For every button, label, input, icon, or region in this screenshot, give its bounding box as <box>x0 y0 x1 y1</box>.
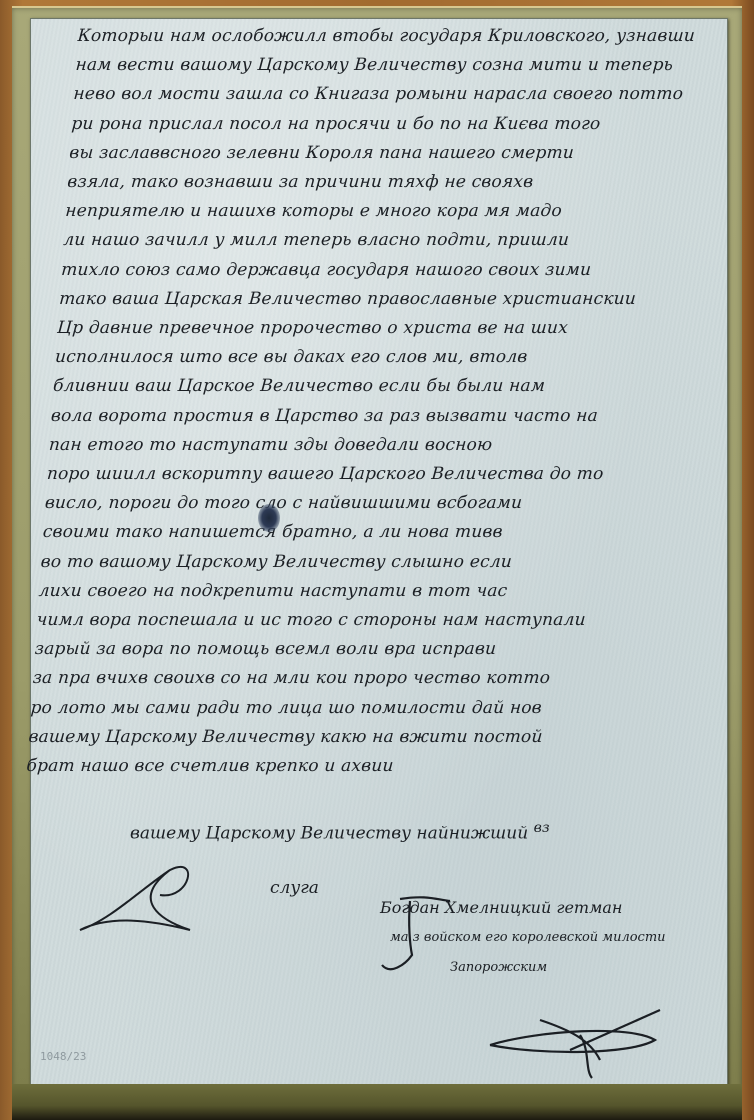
letter-line: вола ворота простия в Царство за раз выз… <box>50 402 702 431</box>
b-initial-flourish-icon <box>380 895 500 985</box>
left-flourish-icon <box>70 860 210 950</box>
letter-line: зарый за вора по помощь всемл воли вра и… <box>34 635 686 664</box>
letter-line: взяла, тако вознавши за причини тяхф не … <box>66 168 718 197</box>
letter-line: тако ваша Царская Величество православны… <box>58 285 710 314</box>
closing-text: вашему Царскому Величеству найнижший <box>130 824 528 844</box>
signature-flourish-icon <box>480 1000 670 1080</box>
letter-line: тихло союз само державца государя нашого… <box>60 256 712 285</box>
letter-line: лихи своего на подкрепити наступати в то… <box>38 577 690 606</box>
letter-line: нево вол мости зашла со Книгаза ромыни н… <box>72 80 724 109</box>
letter-line: Которыи нам ослобожилл втобы государя Кр… <box>77 22 729 51</box>
archive-number: 1048/23 <box>40 1050 86 1063</box>
letter-line: вы заславвсного зелевни Короля пана наше… <box>68 139 720 168</box>
letter-line: чимл вора поспешала и ис того с стороны … <box>36 606 688 635</box>
letter-line: брат нашо все счетлив крепко и ахвии <box>25 752 677 781</box>
servant-word: слуга <box>270 878 319 898</box>
letter-line: поро шиилл вскоритпу вашего Царского Вел… <box>46 460 698 489</box>
closing-superscript: вз <box>534 820 550 836</box>
letter-line: нам вести вашому Царскому Величеству соз… <box>74 51 726 80</box>
letter-line: висло, пороги до того сло с найвишшими в… <box>44 489 696 518</box>
letter-line: во то вашому Царскому Величеству слышно … <box>40 548 692 577</box>
letter-line: своими тако напишется братно, а ли нова … <box>42 518 694 547</box>
letter-line: вашему Царскому Величеству какю на вжити… <box>27 723 679 752</box>
letter-line: неприятелю и нашихв которы е много кора … <box>64 197 716 226</box>
letter-line: ри рона прислал посол на просячи и бо по… <box>70 110 722 139</box>
letter-body: Которыи нам ослобожилл втобы государя Кр… <box>25 22 728 781</box>
letter-line: Цр давние превечное пророчество о христа… <box>56 314 708 343</box>
letter-line: ли нашо зачилл у милл теперь власно подт… <box>62 226 714 255</box>
closing-formula: вашему Царскому Величеству найнижший вз <box>130 820 550 844</box>
letter-line: за пра вчихв своихв со на мли кои проро … <box>32 664 684 693</box>
letter-line: ро лото мы сами ради то лица шо помилост… <box>30 694 682 723</box>
letter-line: исполнилося што все вы даках его слов ми… <box>54 343 706 372</box>
letter-line: пан етого то наступати зды доведали восн… <box>48 431 700 460</box>
ink-blot <box>258 504 280 532</box>
frame-bottom-edge <box>12 1084 742 1120</box>
letter-line: бливнии ваш Царское Величество если бы б… <box>52 372 704 401</box>
